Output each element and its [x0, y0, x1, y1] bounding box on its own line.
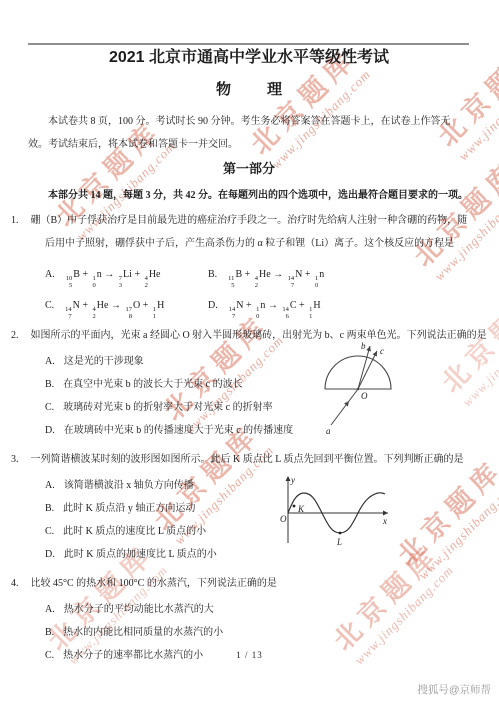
section-title: 第一部分: [28, 160, 470, 178]
option-d: D.147N + 10n → 146C + 11H: [208, 294, 470, 318]
option-label: C.: [45, 402, 54, 413]
option-d: D.此时 K 质点的加速度比 L 质点的小: [45, 543, 470, 566]
ray-b-label: b: [361, 341, 366, 351]
x-axis-label: x: [382, 516, 387, 526]
option-label: A.: [45, 604, 55, 615]
document-content: 2021 北京市通高中学业水平等级性考试 物理 本试卷共 8 页，100 分。考…: [28, 0, 470, 667]
option-text: 热水分子的平均动能比水蒸汽的大: [64, 604, 214, 615]
option-text: 该简谐横波沿 x 轴负方向传播: [64, 480, 194, 491]
ray-a-label: a: [326, 426, 331, 436]
ray-b-arrow: [366, 345, 372, 351]
option-b: B.在真空中光束 b 的波长大于光束 c 的波长: [45, 373, 470, 396]
ray-c-arrow: [373, 350, 380, 357]
question-text: 2. 如图所示的平面内，光束 a 经圆心 O 射入半圆形玻璃砖，出射光为 b、c…: [28, 324, 470, 347]
center-point: [357, 388, 359, 390]
nuclear-equation: 115B + 42He → 147N + 10n: [226, 269, 324, 280]
option-label: D.: [208, 300, 218, 311]
y-axis-label: y: [290, 475, 295, 485]
center-label: O: [361, 391, 368, 401]
option-label: B.: [208, 269, 217, 280]
waveform-figure: K L O y x: [278, 471, 393, 552]
option-b: B.115B + 42He → 147N + 10n: [208, 263, 470, 287]
option-a: A.105B + 10n → 73Li + 42He: [45, 263, 208, 287]
option-text: 此时 K 质点沿 y 轴正方向运动: [63, 503, 195, 514]
question-body: 比较 45°C 的热水和 100°C 的水蒸汽，下列说法正确的是: [31, 578, 277, 589]
option-c: C.玻璃砖对光束 b 的折射率大于对光束 c 的折射率: [45, 396, 470, 419]
option-b: B.热水的内能比相同质量的水蒸汽的小: [45, 621, 470, 644]
option-label: B.: [45, 503, 54, 514]
option-label: D.: [45, 549, 55, 560]
option-c: C.此时 K 质点的速度比 L 质点的小: [45, 520, 470, 543]
semicircle-glass-figure: O a b c: [318, 341, 403, 439]
question-text: 4. 比较 45°C 的热水和 100°C 的水蒸汽，下列说法正确的是: [28, 572, 470, 595]
option-b: B.此时 K 质点沿 y 轴正方向运动: [45, 497, 470, 520]
option-text: 在玻璃砖中光束 b 的传播速度大于光束 c 的传播速度: [64, 425, 293, 436]
question-2: 2. 如图所示的平面内，光束 a 经圆心 O 射入半圆形玻璃砖，出射光为 b、c…: [28, 324, 470, 442]
option-label: C.: [45, 300, 54, 311]
exam-page: 北京题库www.jingshibang.com 北京题库www.jingshib…: [0, 0, 499, 706]
option-text: 这是光的干涉现象: [64, 356, 144, 367]
question-2-options: A.这是光的干涉现象 B.在真空中光束 b 的波长大于光束 c 的波长 C.玻璃…: [28, 350, 470, 442]
page-title: 2021 北京市通高中学业水平等级性考试: [28, 48, 470, 68]
nuclear-equation: 105B + 10n → 73Li + 42He: [64, 269, 161, 280]
option-a: A.这是光的干涉现象: [45, 350, 470, 373]
question-1: 1. 硼（B）中子俘获治疗是目前最先进的癌症治疗手段之一。治疗时先给病人注射一种…: [28, 209, 470, 318]
point-k-label: K: [297, 504, 305, 514]
subject-title: 物理: [28, 81, 470, 99]
option-text: 此时 K 质点的速度比 L 质点的小: [63, 526, 206, 537]
option-text: 热水的内能比相同质量的水蒸汽的小: [63, 627, 223, 638]
question-body: 硼（B）中子俘获治疗是目前最先进的癌症治疗手段之一。治疗时先给病人注射一种含硼的…: [31, 215, 468, 249]
option-text: 此时 K 质点的加速度比 L 质点的小: [64, 549, 217, 560]
option-label: B.: [45, 627, 54, 638]
option-label: A.: [45, 356, 55, 367]
exam-intro: 本试卷共 8 页，100 分。考试时长 90 分钟。考生务必将答案答在答题卡上，…: [28, 110, 470, 156]
origin-label: O: [280, 514, 287, 524]
question-3: 3. 一列简谐横波某时刻的波形图如图所示。此后 K 质点比 L 质点先回到平衡位…: [28, 448, 470, 566]
nuclear-equation: 147N + 42He → 178O + 11H: [63, 300, 164, 311]
incident-ray: [331, 389, 358, 425]
point-l: [339, 532, 342, 535]
option-label: A.: [45, 480, 55, 491]
option-label: A.: [45, 269, 55, 280]
x-axis-arrow: [383, 511, 388, 516]
point-l-label: L: [336, 537, 342, 547]
question-3-options: A.该简谐横波沿 x 轴负方向传播 B.此时 K 质点沿 y 轴正方向运动 C.…: [28, 474, 470, 566]
glass-brick-outline: [325, 356, 391, 389]
option-text: 在真空中光束 b 的波长大于光束 c 的波长: [63, 379, 242, 390]
option-label: B.: [45, 379, 54, 390]
question-text: 3. 一列简谐横波某时刻的波形图如图所示。此后 K 质点比 L 质点先回到平衡位…: [28, 448, 470, 471]
option-label: C.: [45, 526, 54, 537]
point-k: [293, 505, 296, 508]
ray-c-label: c: [380, 346, 384, 356]
option-c: C.147N + 42He → 178O + 11H: [45, 294, 208, 318]
option-d: D.在玻璃砖中光束 b 的传播速度大于光束 c 的传播速度: [45, 419, 470, 442]
option-text: 玻璃砖对光束 b 的折射率大于对光束 c 的折射率: [63, 402, 272, 413]
question-body: 如图所示的平面内，光束 a 经圆心 O 射入半圆形玻璃砖，出射光为 b、c 两束…: [31, 330, 487, 341]
question-text: 1. 硼（B）中子俘获治疗是目前最先进的癌症治疗手段之一。治疗时先给病人注射一种…: [28, 209, 470, 255]
option-a: A.该简谐横波沿 x 轴负方向传播: [45, 474, 470, 497]
page-number: 1 / 13: [0, 650, 499, 660]
option-a: A.热水分子的平均动能比水蒸汽的大: [45, 598, 470, 621]
nuclear-equation: 147N + 10n → 146C + 11H: [227, 300, 321, 311]
section-intro: 本部分共 14 题，每题 3 分，共 42 分。在每题列出的四个选项中，选出最符…: [28, 184, 470, 207]
question-body: 一列简谐横波某时刻的波形图如图所示。此后 K 质点比 L 质点先回到平衡位置。下…: [31, 454, 464, 465]
question-1-options: A.105B + 10n → 73Li + 42He B.115B + 42He…: [28, 263, 470, 318]
y-axis-arrow: [286, 476, 291, 481]
source-tag: 搜狐号@京师帮: [417, 682, 491, 697]
option-label: D.: [45, 425, 55, 436]
